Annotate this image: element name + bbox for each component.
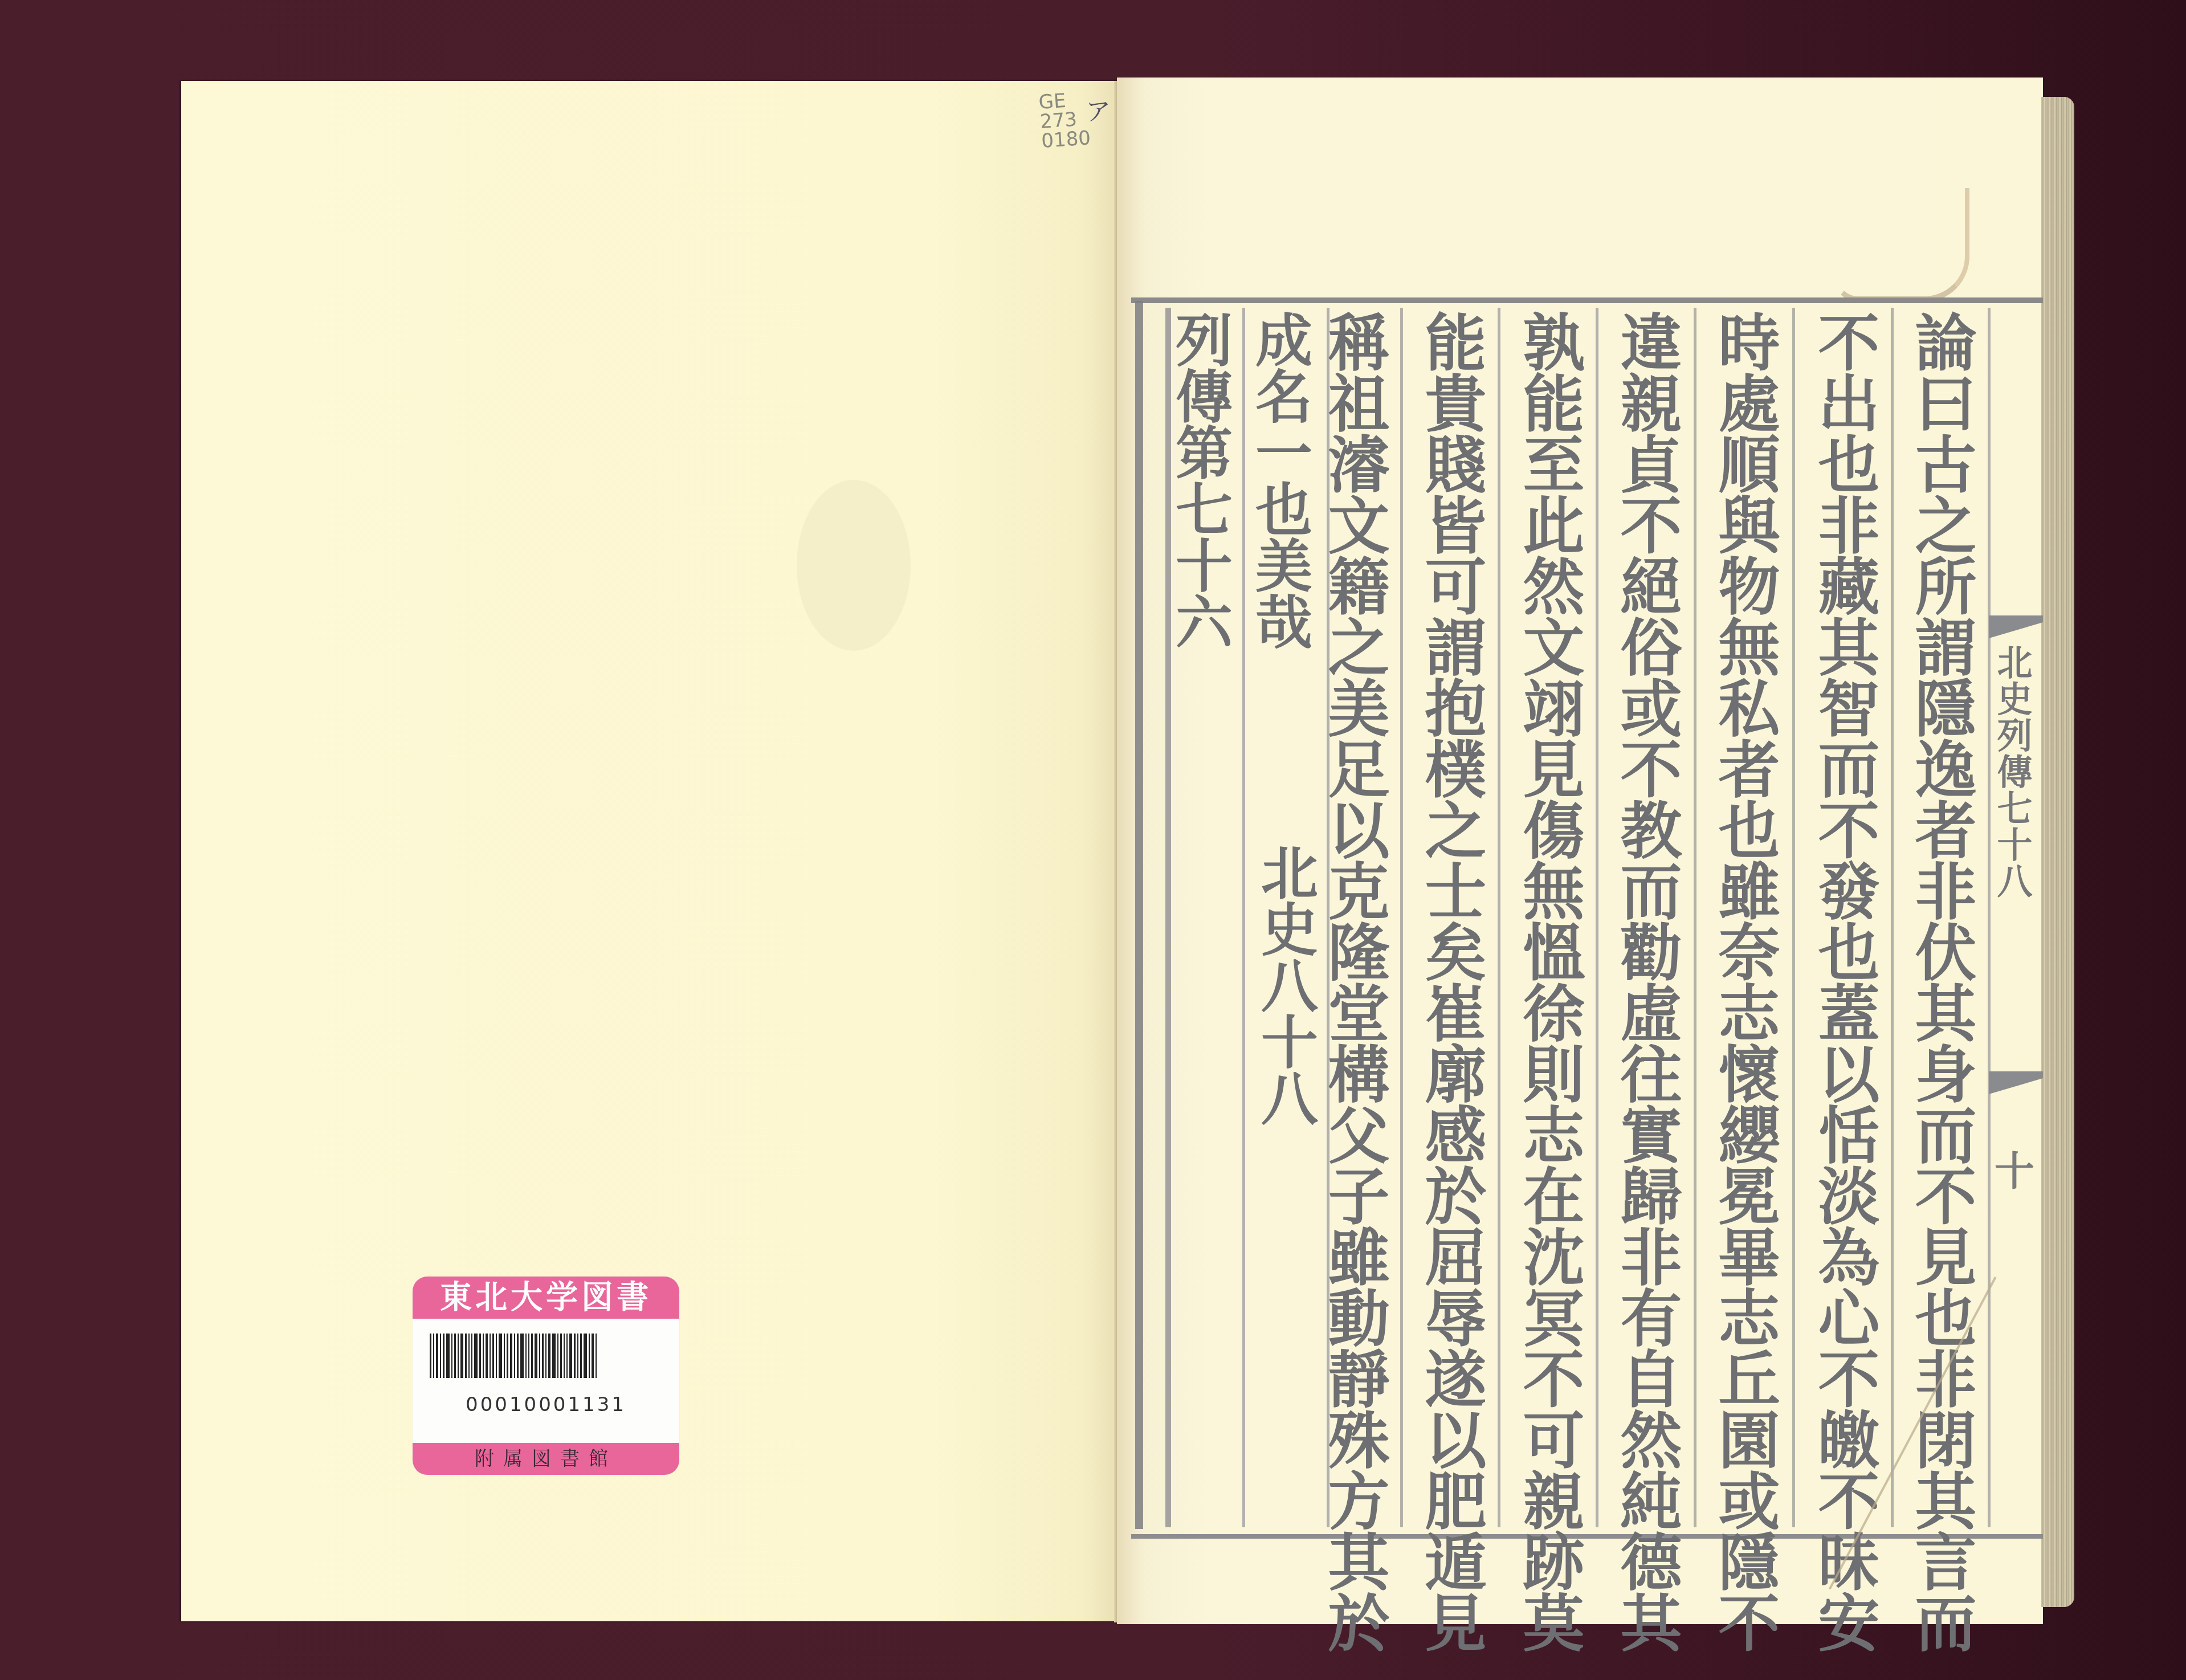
barcode-bar: [510, 1334, 512, 1378]
barcode-bar: [596, 1334, 597, 1378]
barcode-bar: [592, 1334, 594, 1378]
column-rule: [1694, 308, 1696, 1527]
text-column-2: 不出也非藏其智而不發也蓋以恬淡為心不皦不昧安: [1801, 311, 1886, 1652]
barcode-bar: [542, 1334, 544, 1378]
leaf-number: 十: [1995, 1140, 2034, 1197]
barcode-bar: [436, 1334, 438, 1378]
column-rule: [1792, 308, 1795, 1527]
column-rule: [1400, 308, 1403, 1527]
barcode-bar: [458, 1334, 459, 1378]
barcode-bar: [528, 1334, 529, 1378]
column-rule: [1988, 308, 1991, 1527]
barcode-bar: [539, 1334, 540, 1378]
barcode-bar: [440, 1334, 441, 1378]
barcode-bar: [564, 1334, 565, 1378]
barcode-bar: [496, 1334, 497, 1378]
barcode-bar: [525, 1334, 527, 1378]
barcode-bar: [514, 1334, 515, 1378]
barcode-bar: [486, 1334, 488, 1378]
pencil-call-number: GE 273 0180: [1038, 89, 1091, 151]
page-edges: [2041, 97, 2074, 1607]
barcode-bar: [507, 1334, 508, 1378]
barcode-bar: [552, 1334, 556, 1378]
text-column-3: 時處順與物無私者也雖奈志懷纓冕畢志丘園或隱不: [1701, 311, 1787, 1652]
barcode-bar: [577, 1334, 578, 1378]
text-column-7: 稱祖濬文籍之美足以克隆堂構父子雖動靜殊方其於: [1311, 311, 1396, 1652]
barcode-bar: [454, 1334, 456, 1378]
call-number-line-3: 0180: [1041, 128, 1091, 151]
barcode-bar: [474, 1334, 478, 1378]
text-column-6: 能貴賤皆可謂抱樸之士矣崔廓感於屈辱遂以肥遁見: [1408, 311, 1493, 1652]
barcode-bar: [520, 1334, 524, 1378]
text-column-8: 成名一也美哉: [1242, 311, 1316, 649]
barcode-bar: [584, 1334, 587, 1378]
barcode-bar: [479, 1334, 481, 1378]
column-rule: [1498, 308, 1500, 1527]
barcode-bar: [460, 1334, 463, 1378]
barcode-bar: [560, 1334, 562, 1378]
chapter-title-column: 列傳第七十六: [1163, 311, 1237, 649]
barcode-bar: [451, 1334, 452, 1378]
barcode-bar: [483, 1334, 484, 1378]
text-column-1: 論曰古之所謂隱逸者非伏其身而不見也非閉其言而: [1898, 311, 1983, 1652]
text-column-4: 違親貞不絕俗或不教而勸虛往實歸非有自然純德其: [1603, 311, 1689, 1652]
volume-colophon: 北史八十八: [1248, 843, 1322, 1126]
column-rule: [1596, 308, 1598, 1527]
barcode-bar: [499, 1334, 502, 1378]
barcode-bar: [430, 1334, 431, 1378]
pencil-mark: ア: [1086, 91, 1111, 128]
worm-damage: [1835, 188, 1969, 302]
barcode-bar: [566, 1334, 568, 1378]
barcode-bar: [580, 1334, 582, 1378]
barcode-bar: [574, 1334, 576, 1378]
barcode-bar: [535, 1334, 537, 1378]
library-barcode-label: 東北大学図書 00010001131 附属図書館: [413, 1277, 679, 1475]
barcode: [430, 1334, 646, 1378]
barcode-bar: [531, 1334, 533, 1378]
barcode-bar: [548, 1334, 550, 1378]
barcode-bar: [490, 1334, 491, 1378]
paper-stain: [797, 480, 911, 651]
barcode-bar: [517, 1334, 519, 1378]
barcode-bar: [471, 1334, 472, 1378]
barcode-bar: [446, 1334, 450, 1378]
barcode-bar: [465, 1334, 467, 1378]
barcode-bar: [433, 1334, 434, 1378]
frame-left-border: [1135, 301, 1143, 1529]
barcode-bar: [569, 1334, 572, 1378]
text-column-5: 孰能至此然文翊見傷無慍徐則志在沈冥不可親跡莫: [1506, 311, 1591, 1652]
barcode-bar: [443, 1334, 444, 1378]
barcode-number: 00010001131: [413, 1393, 679, 1416]
label-title: 東北大学図書: [413, 1277, 679, 1319]
barcode-bar: [545, 1334, 546, 1378]
barcode-bar: [468, 1334, 470, 1378]
barcode-bar: [492, 1334, 494, 1378]
barcode-bar: [504, 1334, 505, 1378]
column-rule: [1891, 308, 1894, 1527]
barcode-bar: [589, 1334, 590, 1378]
label-footer: 附属図書館: [413, 1443, 679, 1475]
banxin-title: 北史列傳七十八: [1992, 644, 2037, 899]
barcode-bar: [557, 1334, 558, 1378]
